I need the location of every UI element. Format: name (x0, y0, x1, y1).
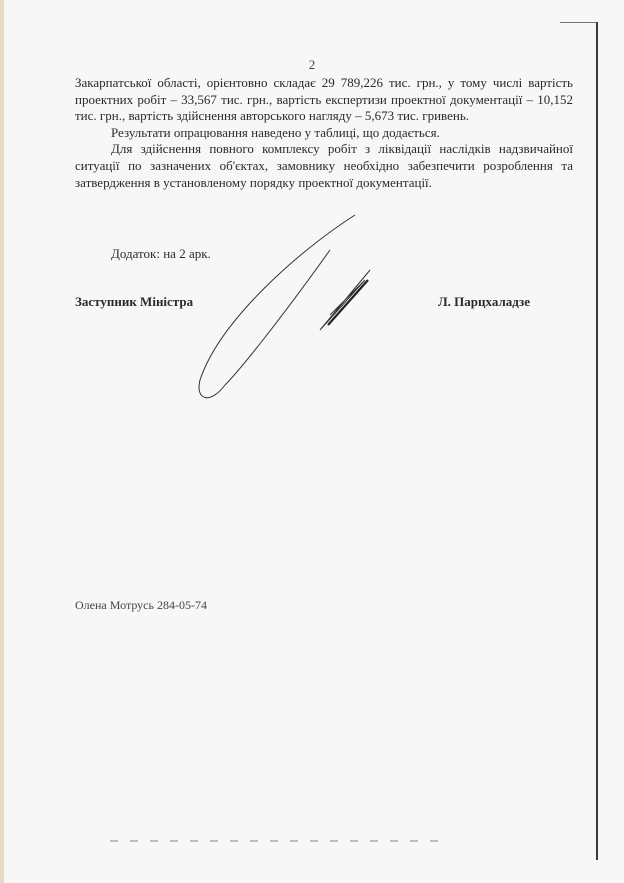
scan-artifact-line (110, 840, 450, 842)
paragraph-results: Результати опрацювання наведено у таблиц… (75, 125, 573, 142)
signatory-name: Л. Парцхаладзе (438, 294, 530, 310)
signatory-title: Заступник Міністра (75, 294, 193, 310)
page-border-right (596, 22, 598, 860)
contact-info: Олена Мотрусь 284-05-74 (75, 598, 207, 613)
page-number: 2 (0, 57, 624, 73)
document-body: Закарпатської області, орієнтовно склада… (75, 75, 573, 191)
paragraph-requirements: Для здійснення повного комплексу робіт з… (75, 141, 573, 191)
scan-left-edge (0, 0, 4, 883)
handwritten-signature-icon (180, 210, 400, 410)
page-border-top (560, 22, 598, 23)
paragraph-cost: Закарпатської області, орієнтовно склада… (75, 75, 573, 125)
